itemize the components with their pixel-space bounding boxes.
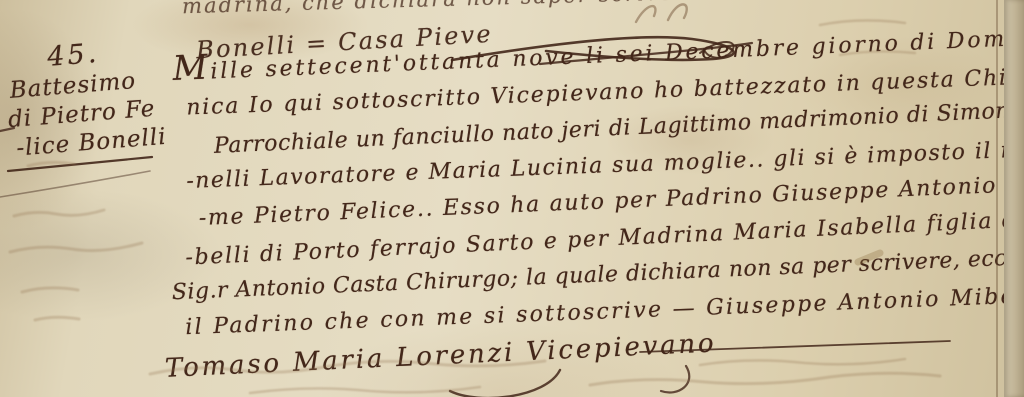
- record-number: 45.: [46, 38, 100, 73]
- margin-annotation: 45. Battesimo di Pietro Fe -lice Bonelli: [6, 31, 185, 45]
- page-fold-line: [996, 0, 998, 397]
- margin-note: Battesimo di Pietro Fe -lice Bonelli: [9, 65, 168, 164]
- entry-text: Mille settecent'ottanta nove li sei Dece…: [148, 16, 1024, 385]
- faded-flourish: [636, 4, 687, 22]
- manuscript-scan: madrina, che dichiara non saper scrivere…: [0, 0, 1024, 397]
- previous-entry-fragment: madrina, che dichiara non saper scrivere: [182, 0, 701, 18]
- page-edge: [1004, 0, 1024, 397]
